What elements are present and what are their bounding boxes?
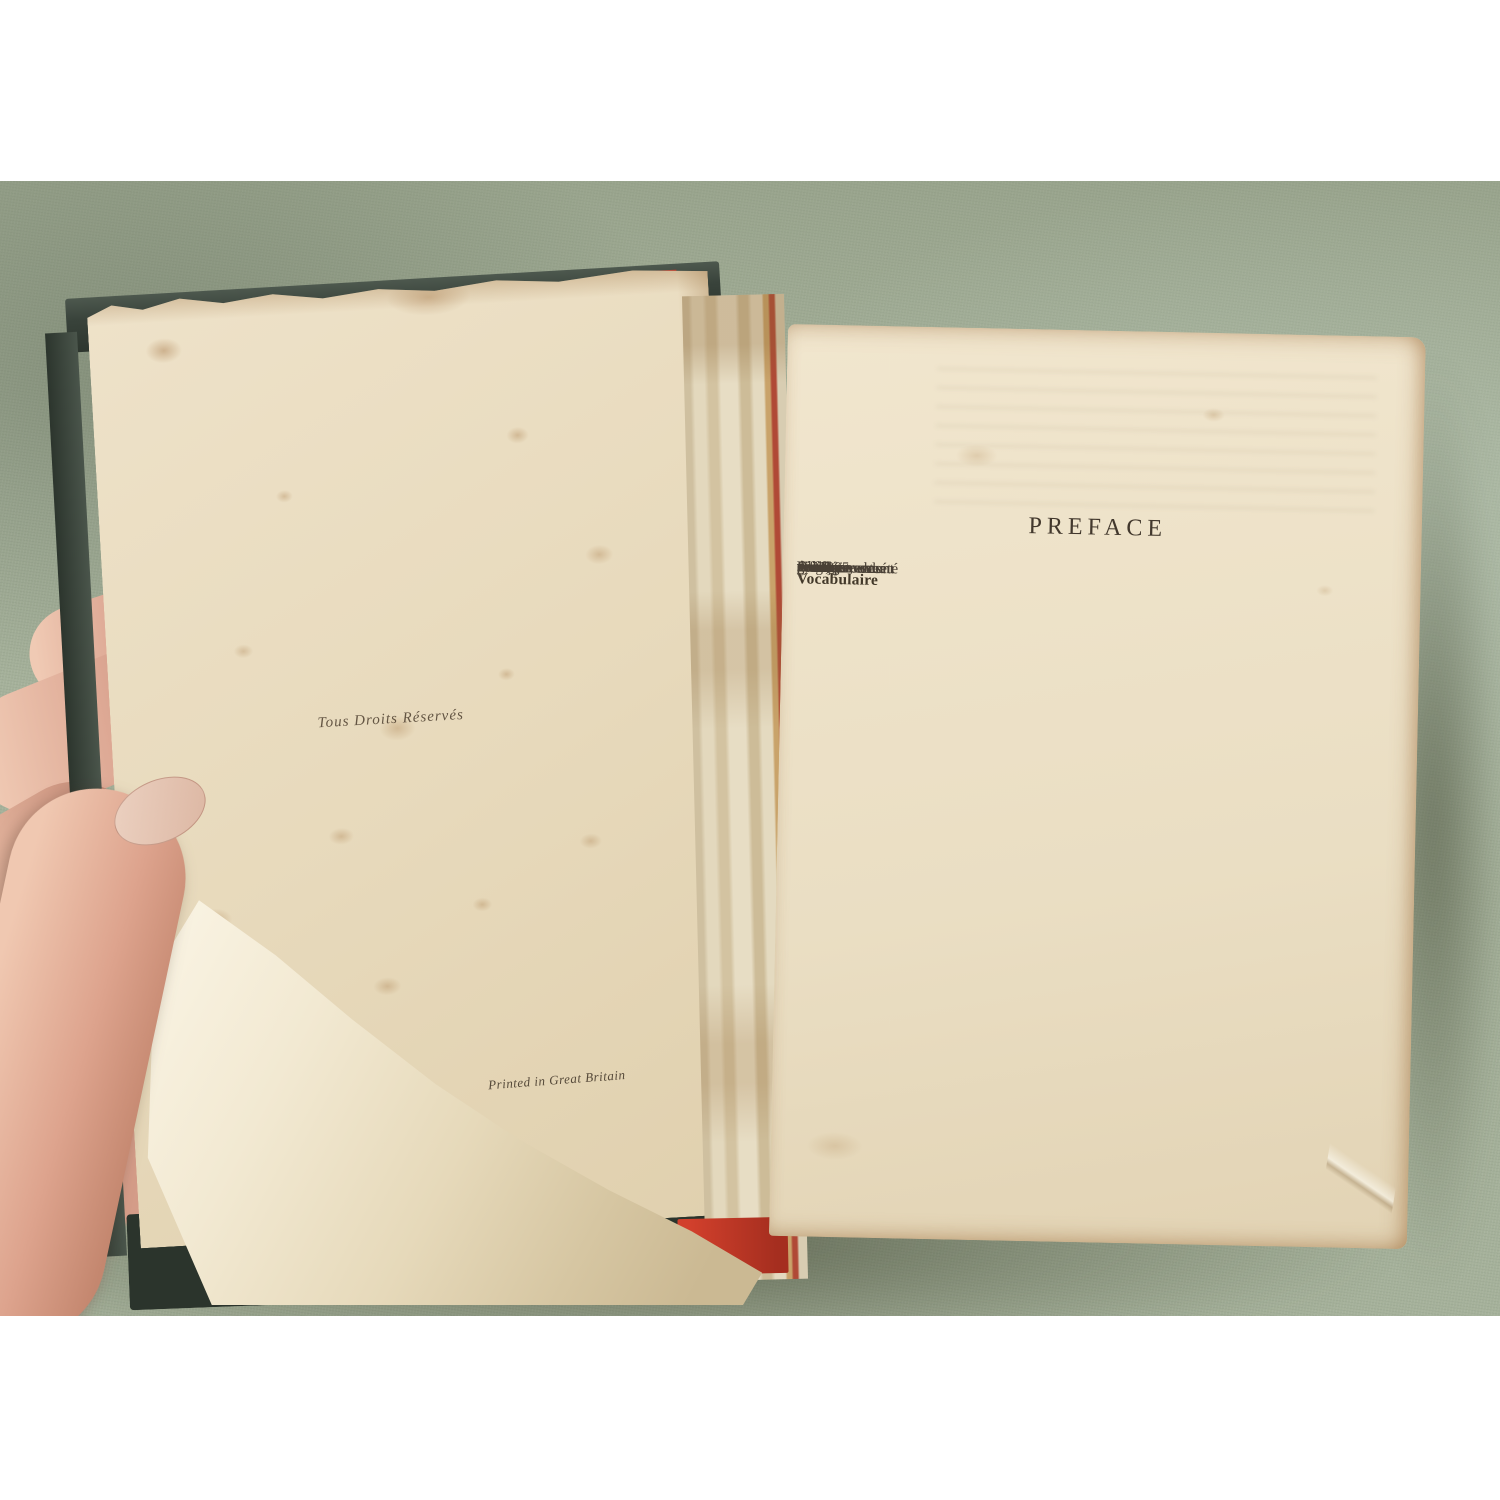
preface-text: Voilà déjà plus de soixante ans que les … [797, 558, 1397, 571]
white-letterbox-bottom [0, 1316, 1500, 1500]
white-letterbox-top [0, 0, 1500, 181]
text-show-through [934, 367, 1377, 526]
corner-crease [1315, 1120, 1404, 1245]
right-page: PREFACE Voilà déjà plus de soixante ans … [769, 324, 1426, 1249]
rights-notice: Tous Droits Réservés [111, 695, 671, 744]
photo-of-open-book: Tous Droits Réservés Printed in Great Br… [0, 0, 1500, 1500]
page-number: v [797, 566, 805, 586]
